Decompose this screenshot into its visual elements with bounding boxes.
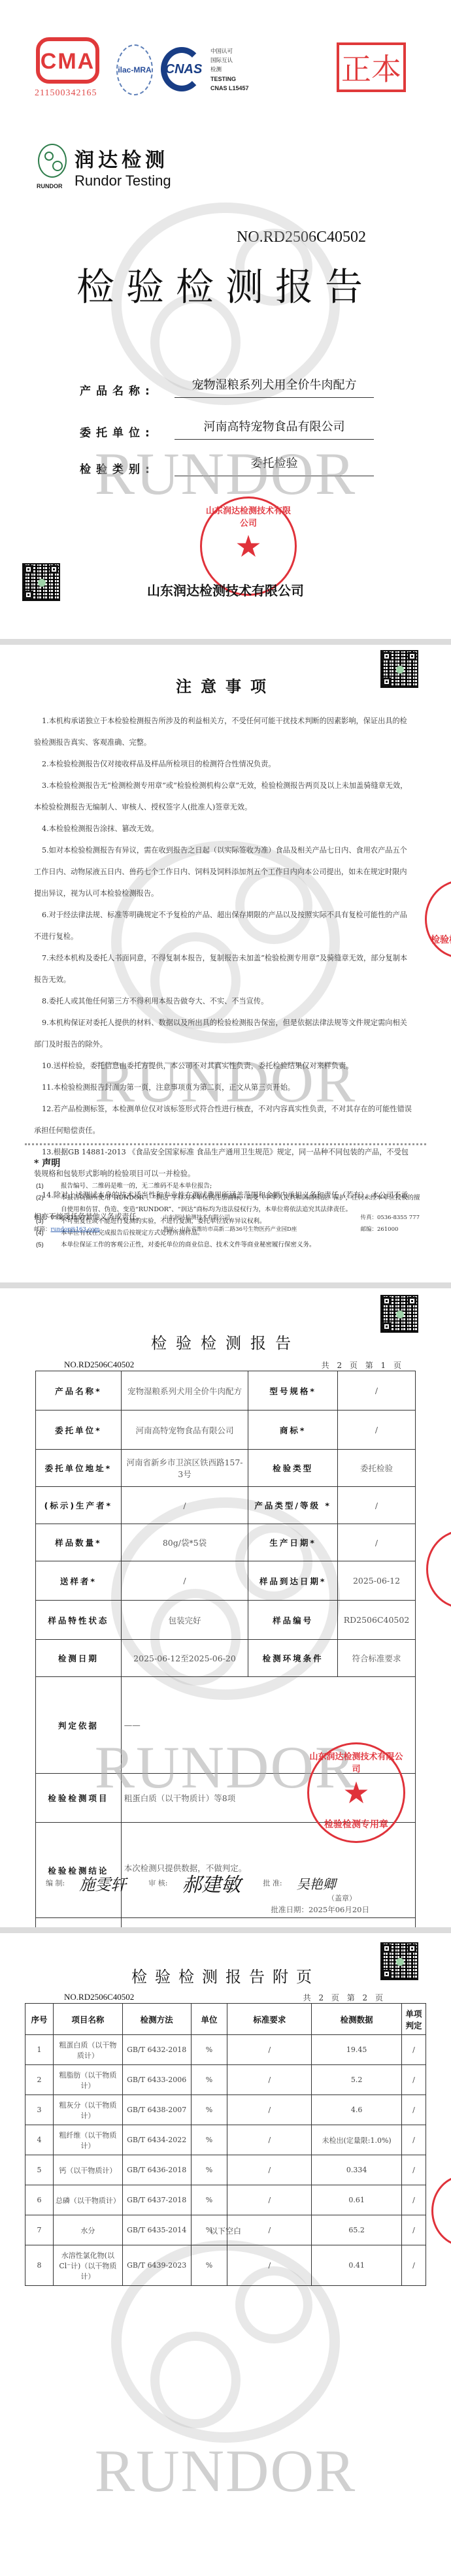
note-item: 6.对于经法律法规、标准等明确规定不予复检的产品、超出保存期限的产品以及按照实际… (34, 904, 413, 947)
col-header: 单位 (191, 2004, 227, 2035)
page-separator (0, 1927, 451, 1933)
approver-signature: 吴艳卿 (297, 1874, 336, 1893)
cell-value: / (121, 1561, 248, 1601)
cell-requirement: / (227, 2095, 312, 2125)
note-item: 9.本机构保证对委托人提供的材料、数据以及所出具的检验检测报告保密，但是依据法律… (34, 1012, 413, 1055)
cell-label: 委托单位* (36, 1410, 122, 1450)
cell-label: 判定依据 (36, 1677, 122, 1774)
field-value: 河南高特宠物食品有限公司 (175, 419, 374, 440)
cell-judgement: / (402, 2125, 426, 2155)
declaration-num: (1) (36, 1181, 61, 1192)
report-number: NO.RD2506C40502 (237, 229, 366, 246)
cnas-text-line: 中国认可 (210, 47, 249, 56)
note-item: 5.如对本检验检测报告有异议，需在收到报告之日起（以实际签收为准）食品及相关产品… (34, 840, 413, 904)
cell-label: 备注 (36, 1918, 122, 1928)
col-header: 项目名称 (53, 2004, 122, 2035)
cell-method: GB/T 6434-2022 (122, 2125, 191, 2155)
cell-item: 粗灰分（以干物质计） (53, 2095, 122, 2125)
page-indicator: 共 2 页 第 2 页 (303, 1992, 386, 2003)
cell-label: 样品特性状态 (36, 1601, 122, 1640)
cell-label: 产品类型/等级 * (248, 1487, 338, 1524)
table-row: 2粗脂肪（以干物质计）GB/T 6433-2006%/5.2/ (25, 2065, 426, 2095)
cell-value: / (338, 1371, 416, 1410)
note-item: 8.委托人或其他任何第三方不得利用本报告做夸大、不实、不当宣传。 (34, 990, 413, 1012)
cell-label: 样品数量* (36, 1524, 122, 1561)
remarks-cell: 1.以上样品信息由委托单位提供。 2.报告中第1-4、6、7项有CNAS资质。 (121, 1918, 415, 1928)
phone: 电话：0536-8355 777 (34, 1212, 100, 1224)
cell-data: 19.45 (312, 2035, 402, 2065)
col-header: 单项判定 (402, 2004, 426, 2035)
cell-label: 型号规格* (248, 1371, 338, 1410)
cell-method: GB/T 6437-2018 (122, 2185, 191, 2215)
brand-logo-block: RUNDOR 润达检测 Rundor Testing (38, 144, 171, 189)
cell-label: 检验检测项目 (36, 1774, 122, 1823)
cell-data: 0.61 (312, 2185, 402, 2215)
cnas-logo: CNAS (161, 47, 203, 91)
cell-unit: % (191, 2125, 227, 2155)
cell-value: / (338, 1410, 416, 1450)
field-client: 委托单位: 河南高特宠物食品有限公司 (80, 419, 374, 440)
note-item: 13.根据GB 14881-2013 《食品安全国家标准 食品生产通用卫生规范》… (34, 1141, 413, 1184)
notes-page: 注意事项 RUNDOR 1.本机构承诺独立于本检验检测报告所涉及的利益相关方，不… (0, 645, 451, 1282)
approval-date: 批准日期：2025年06月20日 (271, 1904, 369, 1915)
cell-method: GB/T 6433-2006 (122, 2065, 191, 2095)
note-item: 1.本机构承诺独立于本检验检测报告所涉及的利益相关方，不受任何可能干扰技术判断的… (34, 710, 413, 753)
declaration-item: (1)报告编号、二维码是唯一的，无二维码不是本单位报告; (36, 1181, 422, 1192)
cell-data: 未检出(定量限:1.0%) (312, 2125, 402, 2155)
seal-bottom-text: 检验检测专用章 (309, 1818, 403, 1831)
table-row: 样品特性状态 包装完好 样品编号 RD2506C40502 (36, 1601, 416, 1640)
col-header: 序号 (25, 2004, 54, 2035)
notes-list: 1.本机构承诺独立于本检验检测报告所涉及的利益相关方，不受任何可能干扰技术判断的… (34, 710, 413, 1228)
cell-method: GB/T 6432-2018 (122, 2035, 191, 2065)
cell-requirement: / (227, 2035, 312, 2065)
seal-ring-text: 山东润达检测技术有限公司 (309, 1750, 403, 1774)
cell-requirement: / (227, 2065, 312, 2095)
cell-label: 商标* (248, 1410, 338, 1450)
cell-value: 宠物湿粮系列犬用全价牛肉配方 (121, 1371, 248, 1410)
declaration-num: (5) (36, 1239, 61, 1251)
note-item: 12.若产品检测标签，本检测单位仅对该标签形式符合性进行核查，不对内容真实性负责… (34, 1098, 413, 1141)
brand-name-en: Rundor Testing (75, 172, 171, 189)
table-row: 送样者* / 样品到达日期* 2025-06-12 (36, 1561, 416, 1601)
table-row: 4粗纤维（以干物质计）GB/T 6434-2022%/未检出(定量限:1.0%)… (25, 2125, 426, 2155)
table-row: 检测日期 2025-06-12至2025-06-20 检测环境条件 符合标准要求 (36, 1640, 416, 1677)
cell-value: 符合标准要求 (338, 1640, 416, 1677)
footer-company: 山东润达检测技术有限公司 (163, 1212, 297, 1224)
cell-data: 0.41 (312, 2245, 402, 2286)
cell-value: 2025-06-12至2025-06-20 (121, 1640, 248, 1677)
table-row: (标示)生产者* / 产品类型/等级 * / (36, 1487, 416, 1524)
table-header-row: 序号 项目名称 检测方法 单位 标准要求 检测数据 单项判定 (25, 2004, 426, 2035)
cnas-text-line: CNAS L15457 (210, 84, 249, 93)
cover-page: CMA 211500342165 ilac-MRA CNAS 中国认可 国际互认… (0, 0, 451, 639)
cell-item: 水溶性氯化物(以Cl⁻计)（以干物质计） (53, 2245, 122, 2286)
rundor-swirl-icon: RUNDOR (38, 144, 68, 189)
seal-ring-text: 山东润达检测技术有限公司 (202, 504, 295, 529)
cell-judgement: / (402, 2245, 426, 2286)
declaration-item: (5)本单位保证工作的客观公正性，对委托单位的商业信息、技术文件等商业秘密履行保… (36, 1239, 422, 1251)
cell-data: 5.2 (312, 2065, 402, 2095)
reviewer-signature: 郝建敏 (182, 1868, 241, 1897)
compiler-label: 编 制: (46, 1878, 65, 1888)
star-icon: ★ (342, 1778, 369, 1808)
cell-unit: % (191, 2245, 227, 2286)
field-label: 产品名称: (80, 378, 175, 398)
postcode: 邮编：261000 (360, 1224, 420, 1235)
cell-judgement: / (402, 2155, 426, 2185)
divider (25, 1143, 426, 1145)
cell-label: 委托单位地址* (36, 1450, 122, 1487)
cell-item: 粗脂肪（以干物质计） (53, 2065, 122, 2095)
cell-unit: % (191, 2185, 227, 2215)
original-copy-stamp: 正本 (337, 42, 406, 92)
cma-logo: CMA (36, 37, 99, 84)
ilac-mra-logo: ilac-MRA (116, 44, 153, 95)
cma-number: 211500342165 (35, 88, 97, 99)
cell-label: 样品到达日期* (248, 1561, 338, 1601)
fax: 传真：0536-8355 777 (360, 1212, 420, 1224)
compiler-signature: 施雯轩 (79, 1872, 126, 1895)
cell-value: 河南省新乡市卫滨区铁西路157-3号 (121, 1450, 248, 1487)
brand-name-cn: 润达检测 (75, 144, 171, 172)
cell-value: / (338, 1487, 416, 1524)
cell-value: / (338, 1524, 416, 1561)
cell-label: (标示)生产者* (36, 1487, 122, 1524)
star-icon: ★ (235, 531, 261, 561)
note-item: 7.未经本机构及委托人书面同意，不得复制本报告，复制报告未加盖“检验检测专用章”… (34, 947, 413, 990)
cell-item: 粗蛋白质（以干物质计） (53, 2035, 122, 2065)
cell-data: 4.6 (312, 2095, 402, 2125)
brand-logo-label: RUNDOR (37, 183, 63, 189)
cma-logo-text: CMA (40, 49, 95, 74)
email-link[interactable]: rundor@163.com (51, 1226, 100, 1233)
cell-item: 钙（以干物质计） (53, 2155, 122, 2185)
cell-label: 产品名称* (36, 1371, 122, 1410)
cell-no: 4 (25, 2125, 54, 2155)
field-label: 检验类别: (80, 456, 175, 476)
page-indicator: 共 2 页 第 1 页 (322, 1360, 404, 1371)
col-header: 标准要求 (227, 2004, 312, 2035)
table-row: 5钙（以干物质计）GB/T 6436-2018%/0.334/ (25, 2155, 426, 2185)
side-seal: ★ 检验检测 (425, 880, 451, 958)
cell-value: 委托检验 (338, 1450, 416, 1487)
report-title: 检验检测报告 (0, 1330, 451, 1353)
report-page: 检验检测报告 NO.RD2506C40502 共 2 页 第 1 页 产品名称*… (0, 1288, 451, 1927)
cell-requirement: / (227, 2155, 312, 2185)
company-name: 山东润达检测技术有限公司 (0, 580, 451, 599)
cell-method: GB/T 6436-2018 (122, 2155, 191, 2185)
cell-unit: % (191, 2095, 227, 2125)
table-row: 8水溶性氯化物(以Cl⁻计)（以干物质计）GB/T 6439-2023%/0.4… (25, 2245, 426, 2286)
page-separator (0, 1282, 451, 1288)
col-header: 检测数据 (312, 2004, 402, 2035)
cell-item: 总磷（以干物质计） (53, 2185, 122, 2215)
page-separator (0, 639, 451, 645)
address: 地址：山东省潍坊市高新二路36号生物医药产业园D座 (163, 1224, 297, 1235)
cell-item: 粗纤维（以干物质计） (53, 2125, 122, 2155)
table-row: 1粗蛋白质（以干物质计）GB/T 6432-2018%/19.45/ (25, 2035, 426, 2065)
note-item: 4.本检验检测报告涂抹、篡改无效。 (34, 818, 413, 840)
table-row: 6总磷（以干物质计）GB/T 6437-2018%/0.61/ (25, 2185, 426, 2215)
cell-label: 检测日期 (36, 1640, 122, 1677)
field-value: 委托检验 (175, 456, 374, 476)
cell-unit: % (191, 2155, 227, 2185)
remark-line: 1.以上样品信息由委托单位提供。 (124, 1927, 412, 1928)
col-header: 检测方法 (122, 2004, 191, 2035)
reviewer-label: 审 核: (148, 1878, 167, 1888)
cell-no: 8 (25, 2245, 54, 2286)
field-value: 宠物湿粮系列犬用全价牛肉配方 (175, 378, 374, 398)
cell-value: 包装完好 (121, 1601, 248, 1640)
cell-unit: % (191, 2035, 227, 2065)
cell-value: 河南高特宠物食品有限公司 (121, 1410, 248, 1450)
cell-value: RD2506C40502 (338, 1601, 416, 1640)
footer-contact: 电话：0536-8355 777 邮箱：rundor@163.com 山东润达检… (34, 1212, 420, 1235)
page-title: 检验检测报告 (0, 256, 451, 311)
cell-data: 0.334 (312, 2155, 402, 2185)
signature-row: 编 制: 施雯轩 审 核: 郝建敏 批 准: 吴艳卿 (46, 1868, 399, 1897)
table-row: 产品名称* 宠物湿粮系列犬用全价牛肉配方 型号规格* / (36, 1371, 416, 1410)
cell-judgement: / (402, 2065, 426, 2095)
seal-bottom-text: 检验检测 (427, 933, 451, 946)
cell-requirement: / (227, 2125, 312, 2155)
cell-judgement: / (402, 2185, 426, 2215)
results-table: 序号 项目名称 检测方法 单位 标准要求 检测数据 单项判定 1粗蛋白质（以干物… (25, 2003, 426, 2286)
watermark-text: RUNDOR (95, 2436, 356, 2505)
inspection-seal: 山东润达检测技术有限公司 ★ 检验检测专用章 (307, 1742, 405, 1843)
cell-value: 2025-06-12 (338, 1561, 416, 1601)
cnas-text-line: TESTING (210, 74, 249, 84)
note-item: 3.本检验检测报告无“检测检测专用章”或“检验检测机构公章”无效，检验检测报告两… (34, 775, 413, 818)
cell-judgement: / (402, 2035, 426, 2065)
qr-code[interactable] (22, 563, 60, 601)
cell-no: 6 (25, 2185, 54, 2215)
blank-below-note: 以下空白 (0, 2225, 451, 2236)
cell-no: 1 (25, 2035, 54, 2065)
cell-judgement: / (402, 2095, 426, 2125)
cell-no: 5 (25, 2155, 54, 2185)
table-row: 委托单位* 河南高特宠物食品有限公司 商标* / (36, 1410, 416, 1450)
table-row: 3粗灰分（以干物质计）GB/T 6438-2007%/4.6/ (25, 2095, 426, 2125)
cell-no: 2 (25, 2065, 54, 2095)
approver-label: 批 准: (263, 1878, 282, 1888)
cell-unit: % (191, 2065, 227, 2095)
cell-requirement: / (227, 2245, 312, 2286)
appendix-page: 检验检测报告附页 NO.RD2506C40502 共 2 页 第 2 页 RUN… (0, 1933, 451, 2576)
declaration-text: 报告编号、二维码是唯一的，无二维码不是本单位报告; (61, 1181, 422, 1192)
notes-title: 注意事项 (0, 674, 451, 696)
cell-method: GB/T 6439-2023 (122, 2245, 191, 2286)
report-number: NO.RD2506C40502 (64, 1360, 134, 1370)
note-item: 2.本检验检测报告仅对接收样品及样品所检项目的检测符合性情况负责。 (34, 753, 413, 775)
cell-method: GB/T 6438-2007 (122, 2095, 191, 2125)
cell-label: 检验类型 (248, 1450, 338, 1487)
side-seal: ★ (426, 1530, 451, 1608)
note-item: 11.本检验检测报告封面为第一页，注意事项页为第二页，正文从第三页开始。 (34, 1077, 413, 1098)
cell-value: 80g/袋*5袋 (121, 1524, 248, 1561)
qr-code[interactable] (380, 1295, 418, 1333)
cell-label: 检测环境条件 (248, 1640, 338, 1677)
cnas-text-line: 国际互认 (210, 56, 249, 65)
cell-requirement: / (227, 2185, 312, 2215)
cell-label: 生产日期* (248, 1524, 338, 1561)
cell-label: 样品编号 (248, 1601, 338, 1640)
field-product-name: 产品名称: 宠物湿粮系列犬用全价牛肉配方 (80, 378, 374, 398)
appendix-title: 检验检测报告附页 (0, 1964, 451, 1987)
cell-no: 3 (25, 2095, 54, 2125)
cnas-logo-text: CNAS (165, 62, 203, 77)
table-row: 备注 1.以上样品信息由委托单位提供。 2.报告中第1-4、6、7项有CNAS资… (36, 1918, 416, 1928)
cnas-accreditation-text: 中国认可 国际互认 检测 TESTING CNAS L15457 (210, 47, 249, 93)
table-row: 委托单位地址* 河南省新乡市卫滨区铁西路157-3号 检验类型 委托检验 (36, 1450, 416, 1487)
field-inspection-type: 检验类别: 委托检验 (80, 456, 374, 476)
email-label: 邮箱： (34, 1226, 51, 1233)
note-item: 10.送样检验，委托信息由委托方提供，本公司不对其真实性负责，委托检验结果仅对来… (34, 1055, 413, 1077)
report-number: NO.RD2506C40502 (64, 1992, 134, 2002)
declaration-text: 本单位保证工作的客观公正性，对委托单位的商业信息、技术文件等商业秘密履行保密义务… (61, 1239, 422, 1251)
field-label: 委托单位: (80, 419, 175, 440)
cnas-text-line: 检测 (210, 65, 249, 74)
declaration-title: * 声明 (34, 1156, 60, 1169)
cell-label: 送样者* (36, 1561, 122, 1601)
report-info-table: 产品名称* 宠物湿粮系列犬用全价牛肉配方 型号规格* / 委托单位* 河南高特宠… (35, 1371, 416, 1927)
cell-value: / (121, 1487, 248, 1524)
table-row: 样品数量* 80g/袋*5袋 生产日期* / (36, 1524, 416, 1561)
